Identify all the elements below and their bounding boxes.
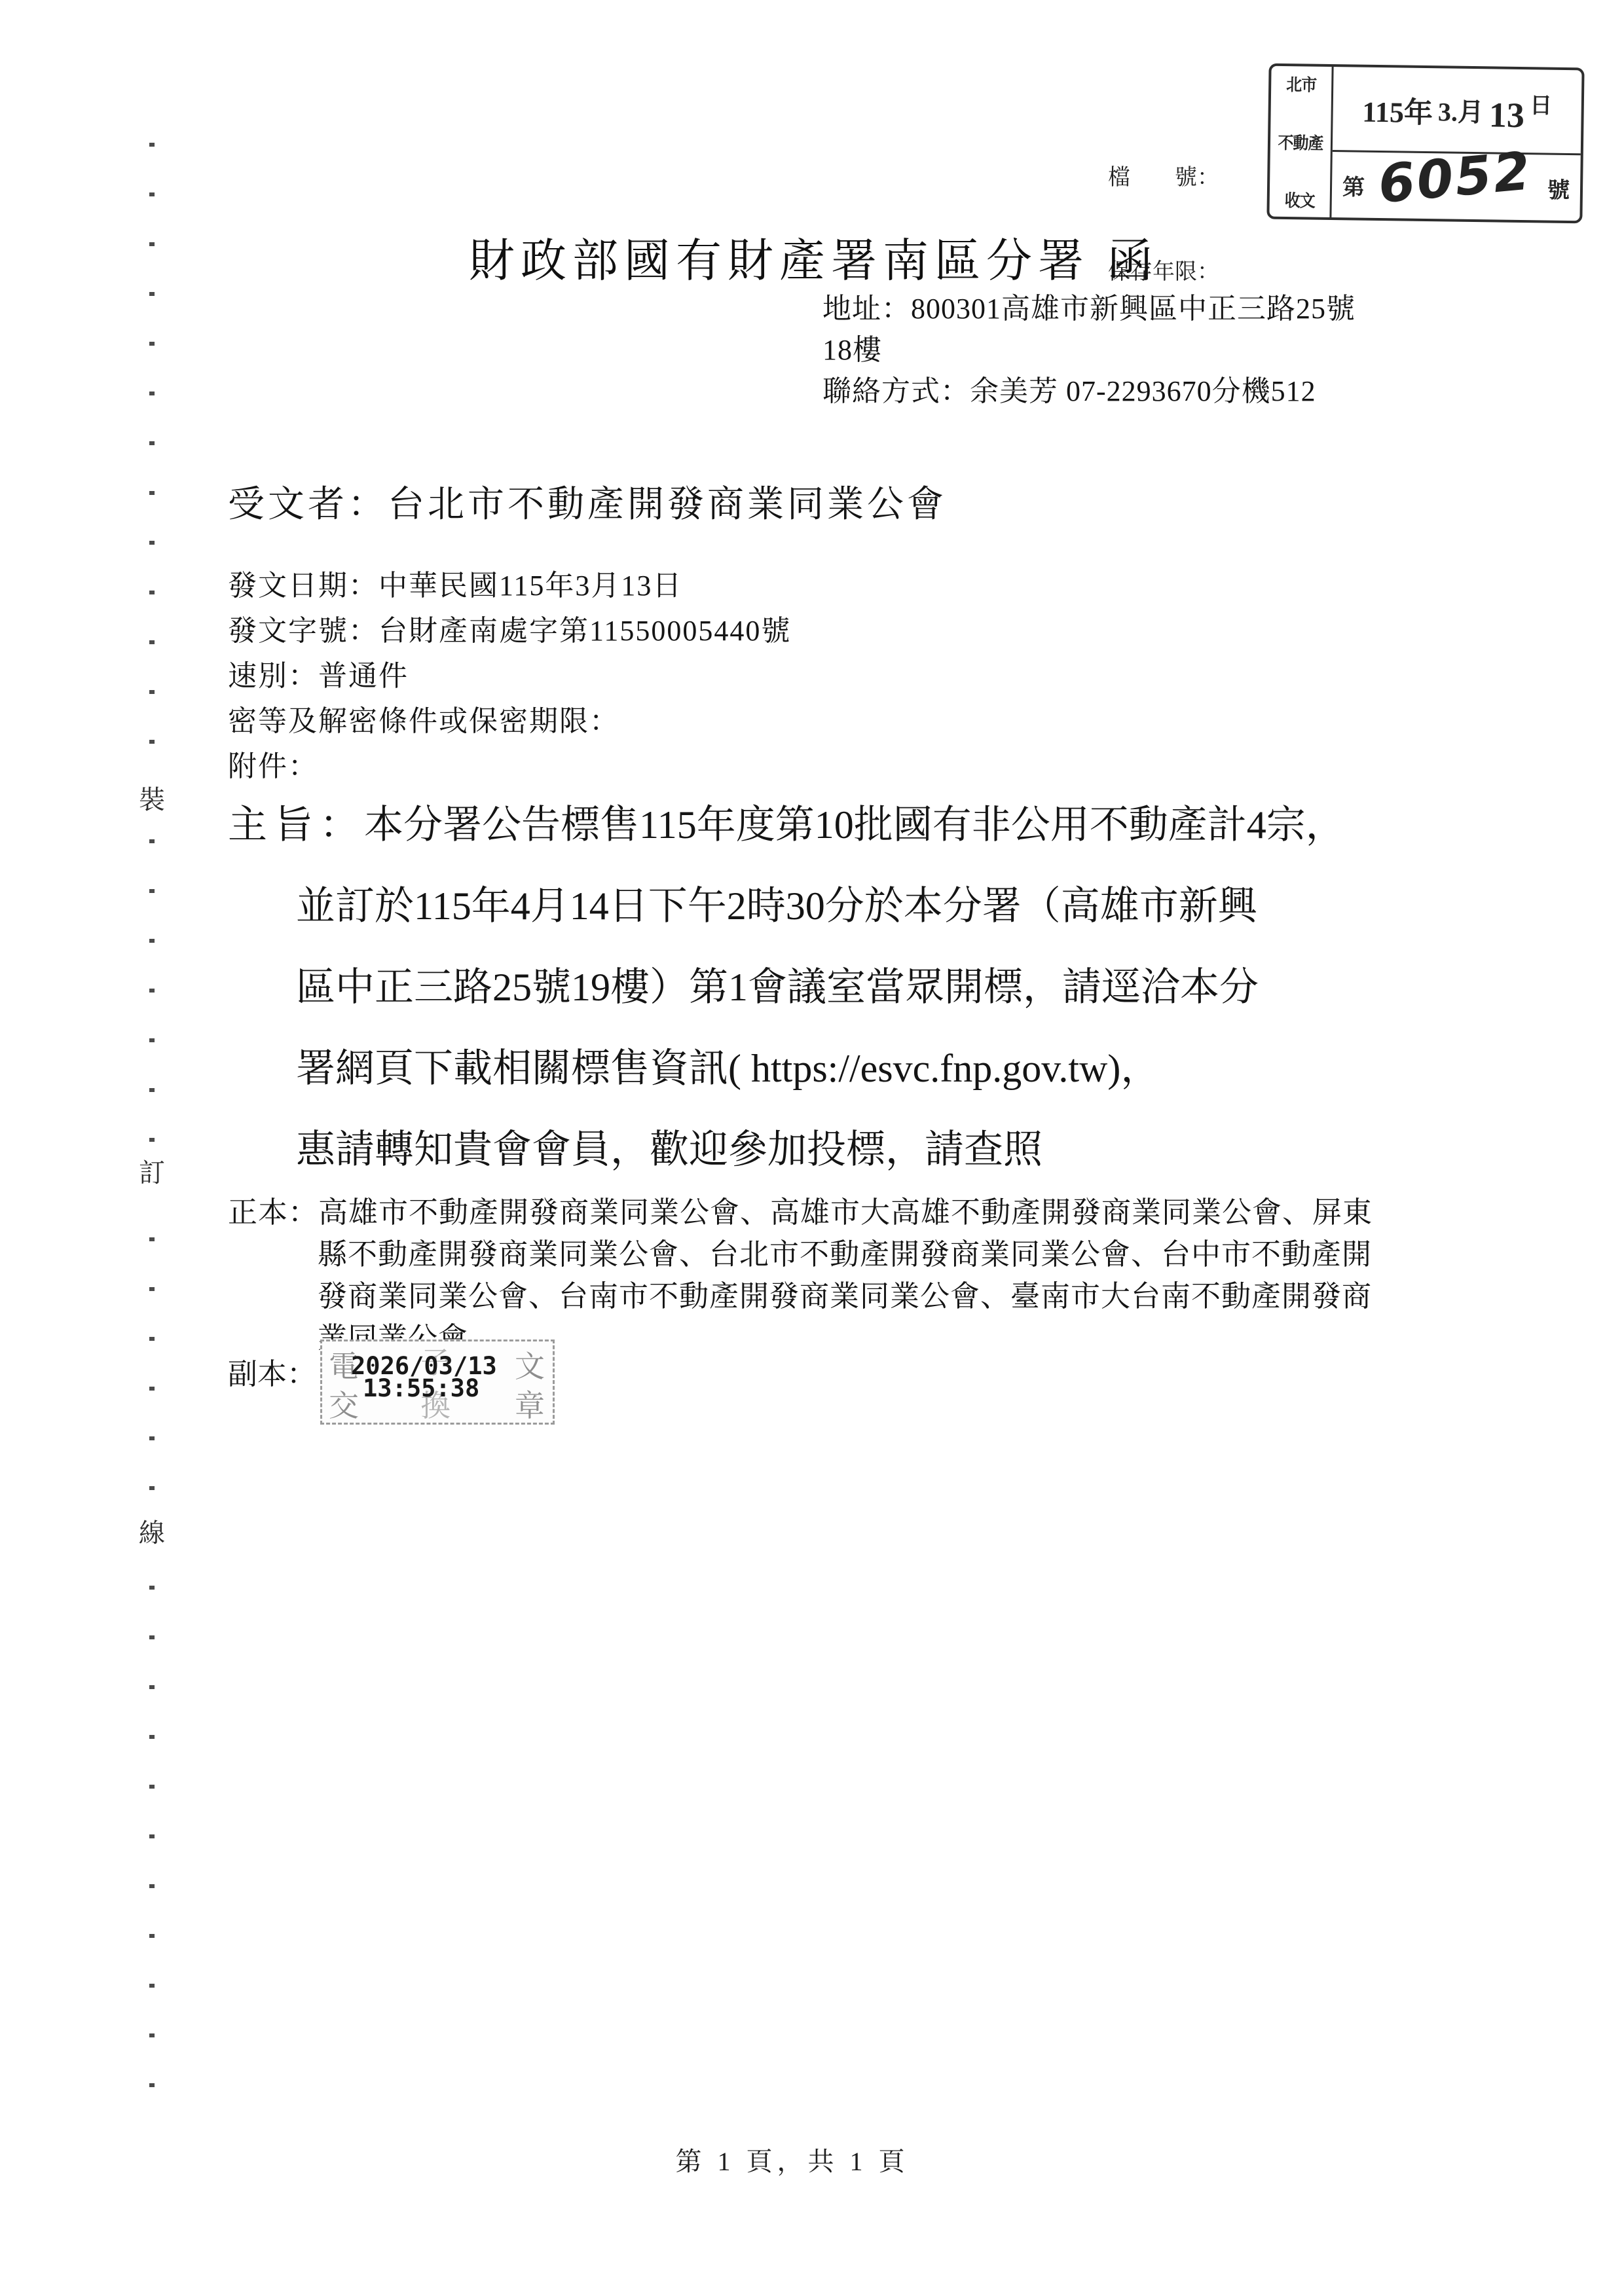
received-stamp-number-suffix: 號: [1547, 172, 1570, 204]
meta-line-priority: 速別：普通件: [228, 653, 791, 699]
exchange-stamp-time: 13:55:38: [363, 1374, 479, 1402]
carbon-copy-row: 副本： 電 子 文 交 換 章 2026/03/13 13:55:38: [228, 1350, 555, 1425]
subject-line-4: 署網頁下載相關標售資訊( https://esvc.fnp.gov.tw)，: [296, 1028, 1472, 1109]
meta-line-doc-number: 發文字號：台財產南處字第11550005440號: [228, 608, 791, 653]
binding-dotted-line: [149, 143, 155, 2133]
sender-address-line2: 18樓: [822, 329, 1356, 371]
subject-line-5: 惠請轉知貴會會員，歡迎參加投標，請查照: [296, 1109, 1472, 1190]
subject-line-1: 本分署公告標售115年度第10批國有非公用不動產計4宗，: [364, 803, 1345, 847]
page-number-footer: 第 1 頁，共 1 頁: [0, 2141, 1585, 2178]
exchange-stamp-char: 交: [329, 1382, 359, 1425]
electronic-exchange-stamp: 電 子 文 交 換 章 2026/03/13 13:55:38: [320, 1339, 555, 1425]
received-stamp-date-day: 13: [1488, 94, 1524, 136]
received-stamp-date-month: 3.月: [1438, 91, 1485, 129]
original-copy-block: 正本：高雄市不動產開發商業同業公會、高雄市大高雄不動產開發商業同業公會、屏東 縣…: [228, 1192, 1373, 1359]
subject-line-3: 區中正三路25號19樓）第1會議室當眾開標，請逕洽本分: [296, 947, 1472, 1028]
subject-line-2: 並訂於115年4月14日下午2時30分於本分署（高雄市新興: [296, 866, 1472, 947]
original-copy-line-2: 縣不動產開發商業同業公會、台北市不動產開發商業同業公會、台中市不動產開: [318, 1233, 1373, 1275]
subject-line: 主旨：本分署公告標售115年度第10批國有非公用不動產計4宗，: [228, 784, 1472, 866]
sender-info: 地址：800301高雄市新興區中正三路25號 18樓 聯絡方式：余美芳 07-2…: [822, 288, 1356, 412]
sender-address-line1: 地址：800301高雄市新興區中正三路25號: [822, 288, 1356, 329]
subject-block: 主旨：本分署公告標售115年度第10批國有非公用不動產計4宗， 並訂於115年4…: [228, 784, 1472, 1190]
file-number-label: 檔 號：: [1108, 162, 1219, 194]
recipient-line: 受文者：台北市不動產開發商業同業公會: [228, 475, 947, 528]
original-copy-line-3: 發商業同業公會、台南市不動產開發商業同業公會、臺南市大台南不動產開發商: [318, 1275, 1373, 1317]
original-copy-line-1: 高雄市不動產開發商業同業公會、高雄市大高雄不動產開發商業同業公會、屏東: [318, 1196, 1373, 1229]
received-stamp-org: 北市 不動產 收文: [1269, 66, 1333, 217]
received-stamp-number-row: 第 6052 號: [1331, 152, 1580, 221]
received-stamp-org-line2: 不動產: [1273, 129, 1327, 154]
received-stamp: 北市 不動產 收文 115年 3.月 13 日 第 6052 號: [1266, 64, 1584, 224]
exchange-stamp-char: 章: [515, 1382, 545, 1425]
received-stamp-org-line1: 北市: [1274, 71, 1329, 96]
original-copy-label: 正本：: [228, 1196, 318, 1229]
meta-line-security: 密等及解密條件或保密期限：: [228, 699, 791, 744]
meta-line-issue-date: 發文日期：中華民國115年3月13日: [228, 563, 791, 608]
document-title: 財政部國有財產署南區分署 函: [469, 224, 1159, 290]
received-stamp-right: 115年 3.月 13 日 第 6052 號: [1331, 67, 1581, 221]
sender-contact: 聯絡方式：余美芳 07-2293670分機512: [822, 371, 1356, 412]
binding-mark-zhuang: 裝: [132, 774, 172, 822]
exchange-stamp-char: 文: [515, 1343, 545, 1386]
original-copy-line: 正本：高雄市不動產開發商業同業公會、高雄市大高雄不動產開發商業同業公會、屏東: [228, 1192, 1373, 1233]
received-stamp-number-prefix: 第: [1342, 169, 1365, 201]
received-stamp-org-line3: 收文: [1272, 187, 1327, 212]
received-stamp-date-year: 115年: [1362, 88, 1433, 130]
subject-label: 主旨：: [228, 784, 364, 866]
meta-line-attachment: 附件：: [228, 744, 791, 789]
carbon-copy-label: 副本：: [228, 1350, 316, 1393]
document-page: 裝 訂 線 檔 號： 保存年限： 北市 不動產 收文 115年 3.月 13 日…: [0, 0, 1624, 2296]
binding-mark-ding: 訂: [132, 1147, 172, 1195]
received-stamp-date-day-suffix: 日: [1530, 87, 1553, 119]
binding-mark-xian: 線: [132, 1507, 172, 1555]
received-stamp-date: 115年 3.月 13 日: [1333, 67, 1582, 155]
meta-block: 發文日期：中華民國115年3月13日 發文字號：台財產南處字第115500054…: [228, 563, 791, 789]
